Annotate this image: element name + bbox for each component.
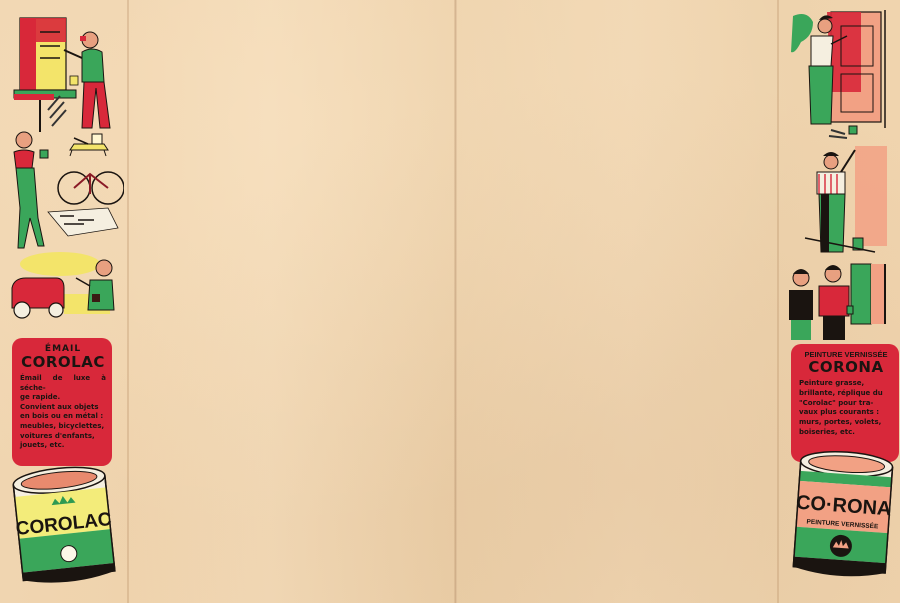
corolac-line: jouets, etc.	[20, 441, 106, 451]
center-fold	[454, 0, 457, 603]
left-panel-edge	[127, 0, 129, 603]
corolac-paint-can: COROLAC	[8, 462, 120, 592]
corolac-line: en bois ou en métal :	[20, 412, 106, 422]
corona-line: brillante, réplique du	[799, 389, 893, 399]
man-painting-door-illustration	[781, 6, 897, 140]
corona-title: CORONA	[799, 359, 893, 376]
two-people-with-shutter-illustration	[785, 260, 900, 344]
corolac-promo-box: ÉMAIL COROLAC Émail de luxe à séche- ge …	[12, 338, 112, 466]
corolac-line: Convient aux objets	[20, 403, 106, 413]
corolac-description: Émail de luxe à séche- ge rapide. Convie…	[20, 374, 106, 451]
man-painting-wall-illustration	[785, 142, 897, 260]
corona-line: vaux plus courants :	[799, 408, 893, 418]
man-painting-cabinet-illustration	[10, 10, 120, 135]
corona-paint-can: CO·RONA PEINTURE VERNISSÉE	[787, 446, 899, 586]
left-ad-column: ÉMAIL COROLAC Émail de luxe à séche- ge …	[0, 0, 127, 603]
corona-line: boiseries, etc.	[799, 428, 893, 438]
corolac-line: voitures d'enfants,	[20, 432, 106, 442]
corolac-title: COROLAC	[20, 354, 106, 371]
corona-line: "Corolac" pour tra-	[799, 399, 893, 409]
right-ad-column: PEINTURE VERNISSÉE CORONA Peinture grass…	[779, 0, 900, 603]
corona-promo-box: PEINTURE VERNISSÉE CORONA Peinture grass…	[791, 344, 899, 462]
corolac-line: meubles, bicyclettes,	[20, 422, 106, 432]
woman-painting-bicycle-illustration	[4, 128, 124, 258]
boy-painting-toy-car-illustration	[4, 250, 116, 328]
corona-description: Peinture grasse, brillante, réplique du …	[799, 379, 893, 438]
corona-line: Peinture grasse,	[799, 379, 893, 389]
paper-sheet: ÉMAIL COROLAC Émail de luxe à séche- ge …	[0, 0, 900, 603]
corona-line: murs, portes, volets,	[799, 418, 893, 428]
corolac-line: Émail de luxe à séche-	[20, 374, 106, 393]
corolac-line: ge rapide.	[20, 393, 106, 403]
